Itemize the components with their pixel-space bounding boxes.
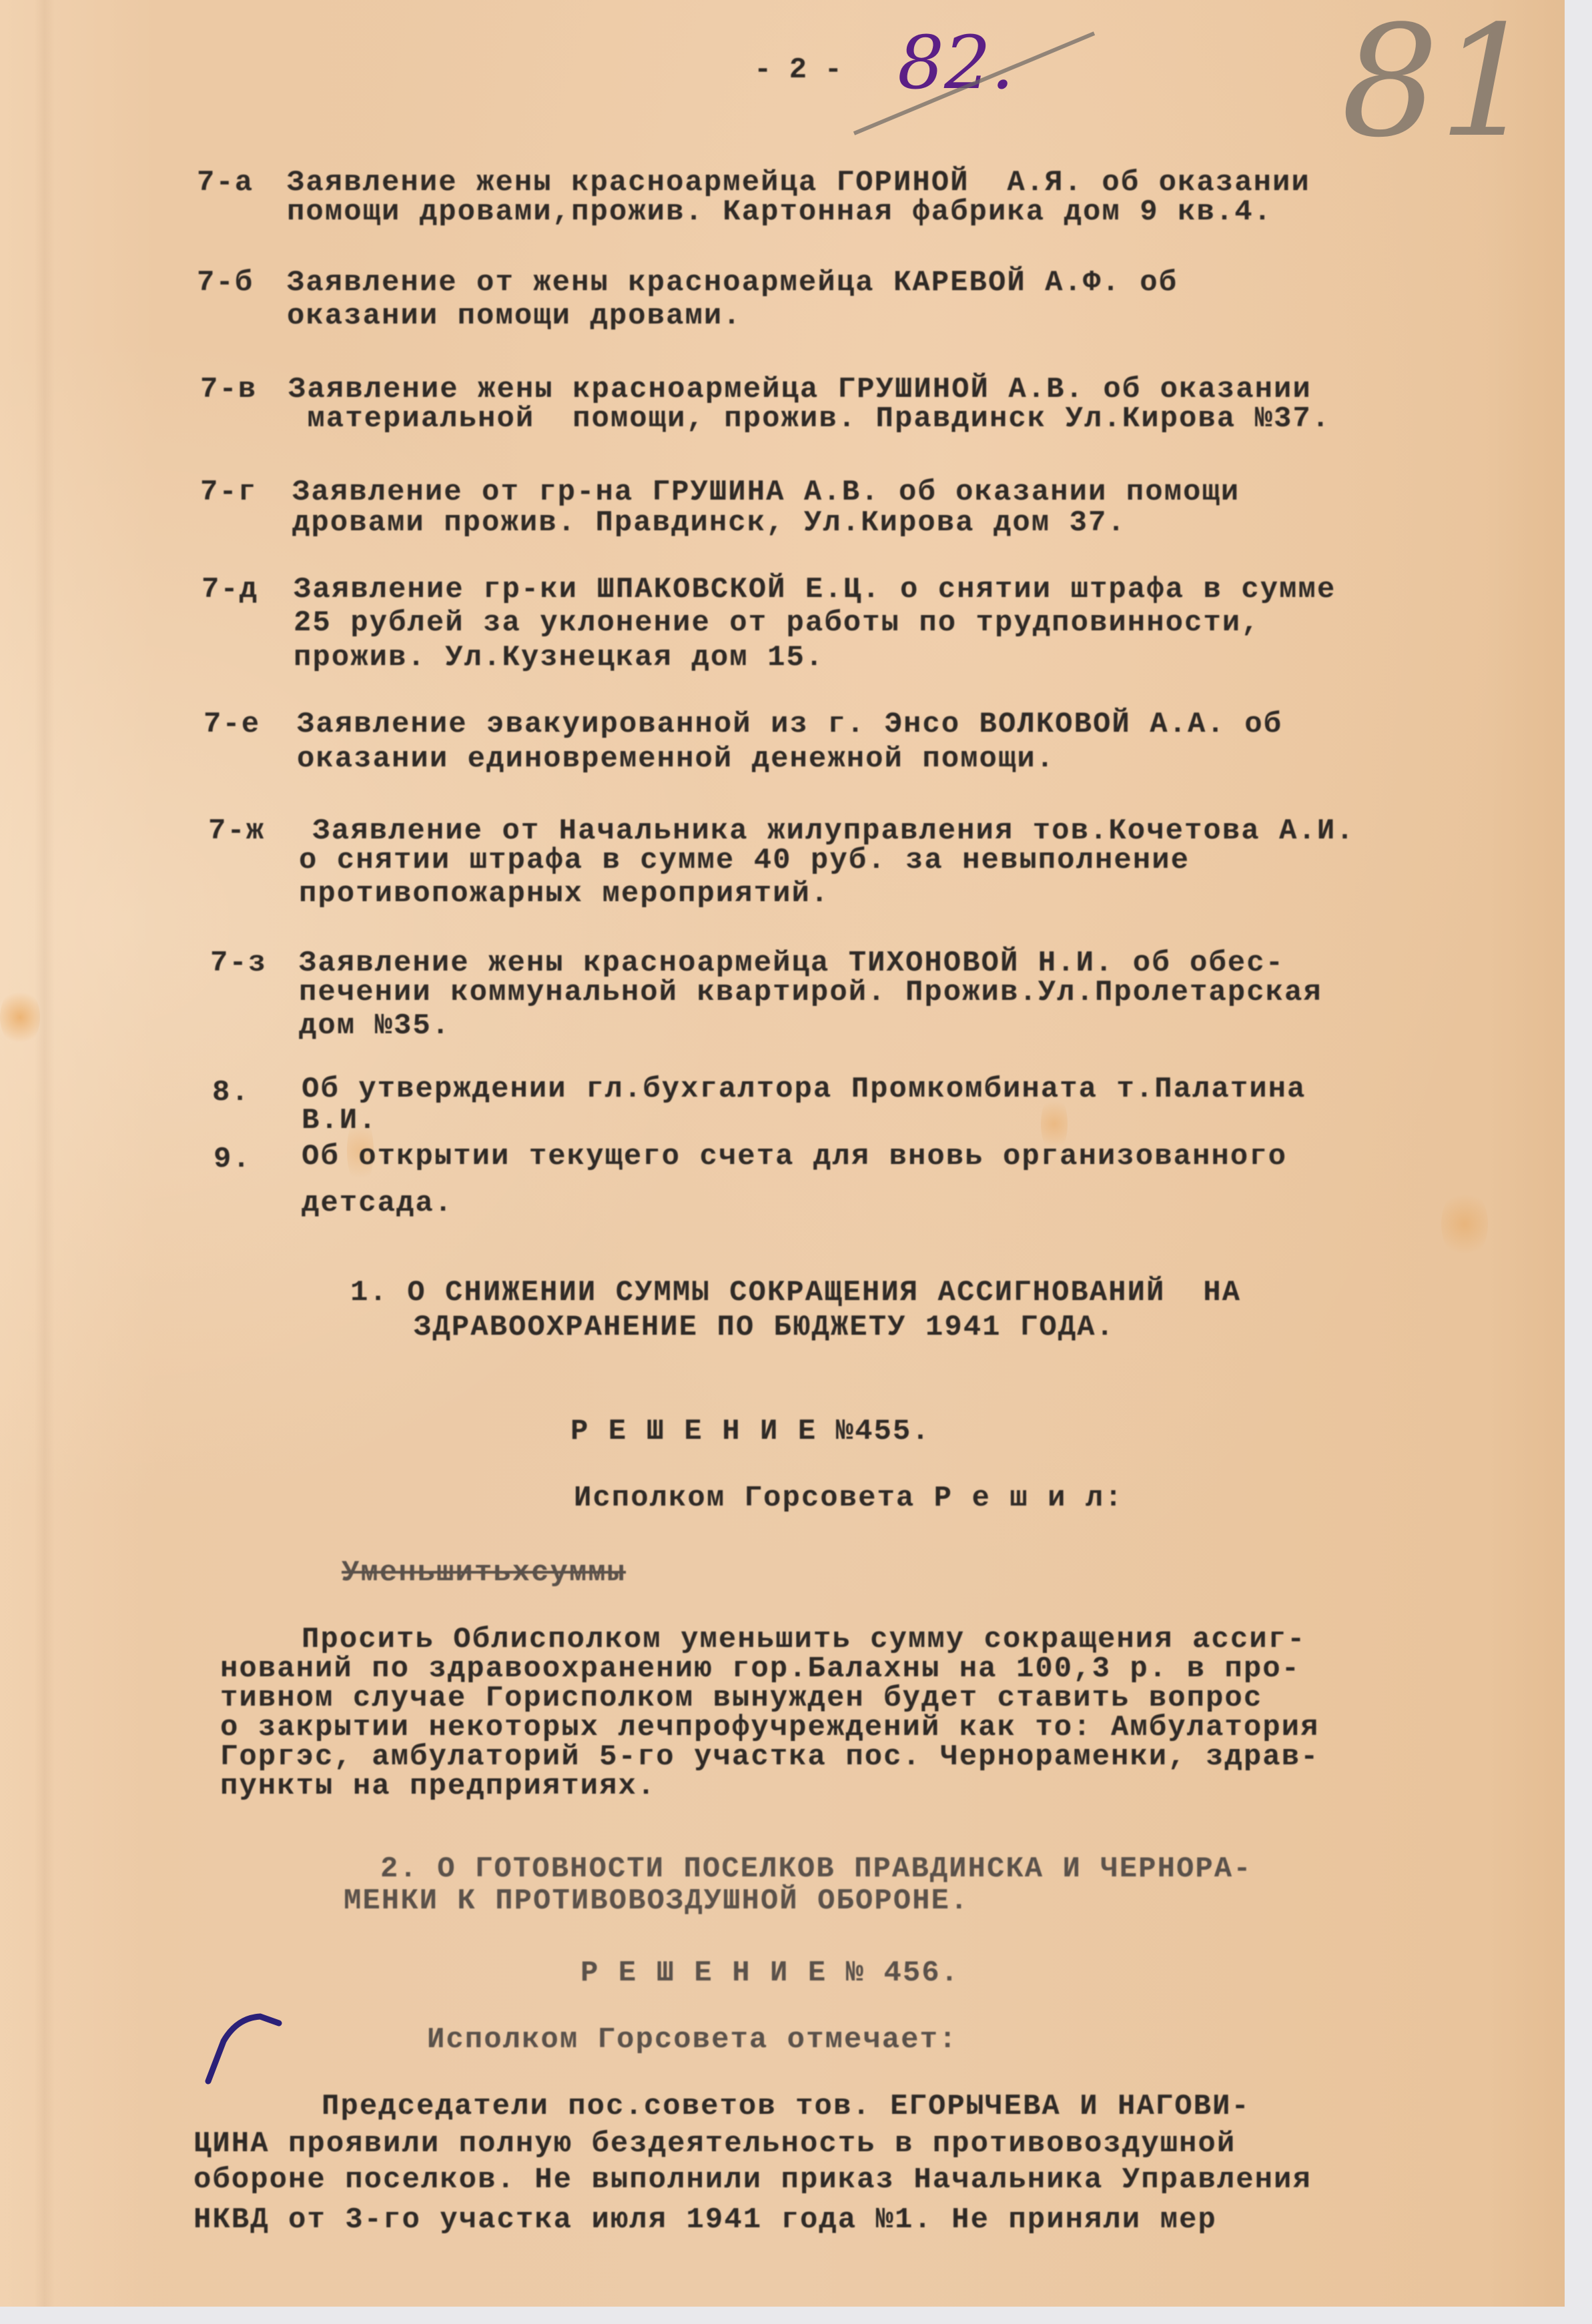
item-line: Заявление эвакуированной из г. Энсо ВОЛК… bbox=[297, 706, 1282, 743]
item-label: 7-б bbox=[197, 264, 254, 302]
item-line: Об открытии текущего счета для вновь орг… bbox=[302, 1138, 1287, 1175]
rust-stain bbox=[1441, 1187, 1488, 1261]
fold-shadow bbox=[35, 0, 55, 2307]
item-line: противопожарных мероприятий. bbox=[299, 875, 829, 913]
item-line: Об утверждении гл.бухгалтора Промкомбина… bbox=[302, 1071, 1306, 1108]
item-label: 7-з bbox=[210, 945, 267, 982]
body-line: обороне поселков. Не выполнили приказ На… bbox=[193, 2161, 1312, 2199]
pencil-folio-number: 81 bbox=[1341, 0, 1537, 171]
body-line: НКВД от 3-го участка июля 1941 года №1. … bbox=[193, 2201, 1217, 2239]
item-label: 7-в bbox=[200, 371, 257, 408]
body-line: Председатели пос.советов тов. ЕГОРЫЧЕВА … bbox=[227, 2088, 1250, 2125]
decision-title: Р Е Ш Е Н И Е № 456. bbox=[580, 1954, 959, 1992]
section-heading: ЗДРАВООХРАНЕНИЕ ПО БЮДЖЕТУ 1941 ГОДА. bbox=[414, 1309, 1115, 1346]
document-page: - 2 - 82. 81 7-а Заявление жены красноар… bbox=[0, 0, 1565, 2307]
section-heading: МЕНКИ К ПРОТИВОВОЗДУШНОЙ ОБОРОНЕ. bbox=[344, 1882, 969, 1920]
item-line: материальной помощи, прожив. Правдинск У… bbox=[288, 400, 1330, 438]
struck-text: Уменьшитьхсуммы bbox=[342, 1554, 626, 1592]
item-line: Заявление гр-ки ШПАКОВСКОЙ Е.Ц. о снятии… bbox=[294, 571, 1336, 608]
item-line: печении коммунальной квартирой. Прожив.У… bbox=[299, 974, 1322, 1011]
decision-preamble: Исполком Горсовета Р е ш и л: bbox=[574, 1480, 1124, 1517]
item-label: 9. bbox=[214, 1141, 252, 1178]
checkmark-icon bbox=[200, 2004, 347, 2085]
item-line: дровами прожив. Правдинск, Ул.Кирова дом… bbox=[292, 504, 1126, 542]
body-line: пункты на предприятиях. bbox=[220, 1768, 656, 1805]
section-heading: 1. О СНИЖЕНИИ СУММЫ СОКРАЩЕНИЯ АССИГНОВА… bbox=[350, 1274, 1241, 1311]
item-line: прожив. Ул.Кузнецкая дом 15. bbox=[294, 639, 824, 676]
strikethrough-line-icon bbox=[847, 27, 1101, 140]
item-line: о снятии штрафа в сумме 40 руб. за невып… bbox=[299, 842, 1190, 879]
item-label: 7-д bbox=[202, 571, 258, 608]
item-line: 25 рублей за уклонение от работы по труд… bbox=[294, 604, 1260, 642]
item-label: 7-г bbox=[200, 474, 257, 511]
item-line: детсада. bbox=[302, 1185, 453, 1222]
item-label: 7-ж bbox=[208, 812, 265, 850]
rust-stain bbox=[0, 987, 40, 1047]
decision-title: Р Е Ш Е Н И Е №455. bbox=[570, 1413, 931, 1450]
decision-preamble: Исполком Горсовета отмечает: bbox=[427, 2021, 957, 2059]
item-line: Заявление от жены красноармейца КАРЕВОЙ … bbox=[287, 264, 1178, 302]
item-label: 8. bbox=[212, 1074, 250, 1111]
item-line: помощи дровами,прожив. Картонная фабрика… bbox=[287, 193, 1272, 231]
page-number: - 2 - bbox=[754, 53, 842, 87]
item-label: 7-а bbox=[197, 164, 254, 201]
item-line: оказании единовременной денежной помощи. bbox=[297, 740, 1055, 778]
item-line: В.И. bbox=[302, 1102, 378, 1139]
body-line: ЦИНА проявили полную бездеятельность в п… bbox=[193, 2125, 1236, 2163]
item-line: дом №35. bbox=[299, 1007, 450, 1045]
item-label: 7-е bbox=[204, 706, 260, 743]
item-line: оказании помощи дровами. bbox=[287, 298, 742, 335]
